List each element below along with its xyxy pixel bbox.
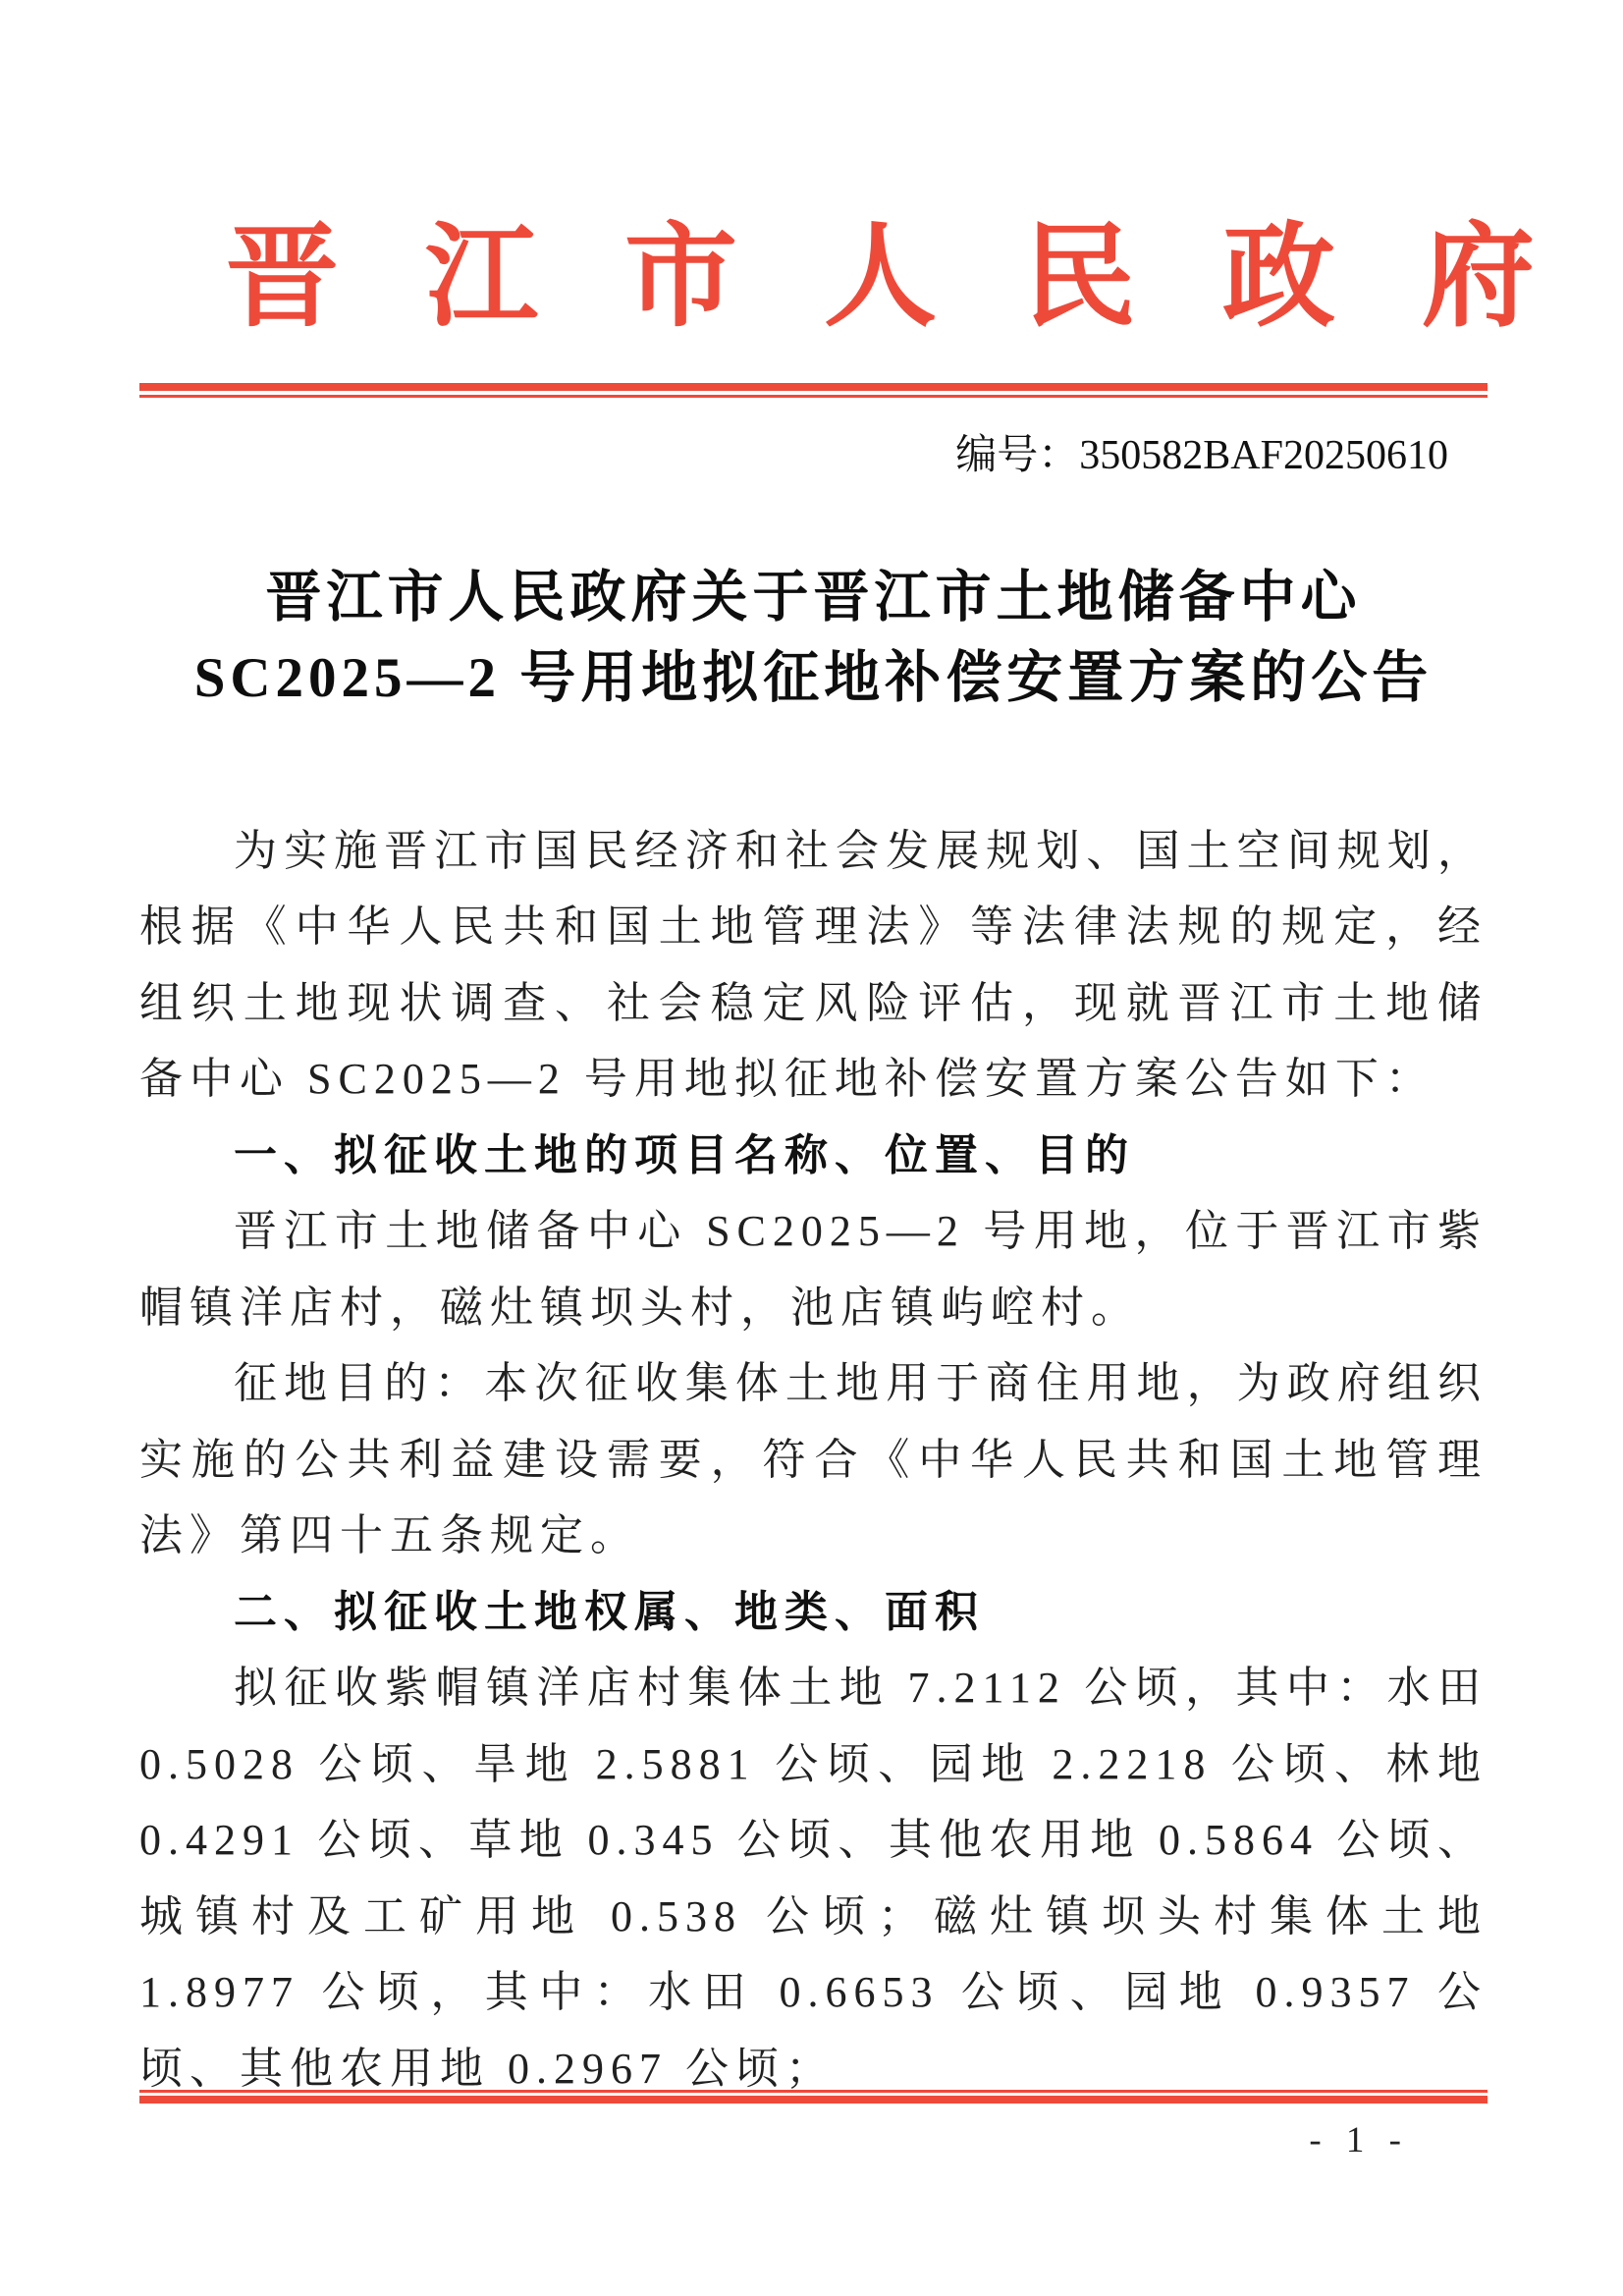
document-number-value: 350582BAF20250610 [1079, 433, 1448, 478]
paragraph-expropriation-purpose: 征地目的：本次征收集体土地用于商住用地，为政府组织实施的公共利益建设需要，符合《… [139, 1345, 1488, 1574]
document-title-line1: 晋江市人民政府关于晋江市土地储备中心 [139, 558, 1488, 638]
document-number-row: 编号：350582BAF20250610 [139, 427, 1488, 485]
document-title: 晋江市人民政府关于晋江市土地储备中心 SC2025—2 号用地拟征地补偿安置方案… [139, 558, 1488, 719]
header-divider [139, 383, 1488, 398]
document-title-line2: SC2025—2 号用地拟征地补偿安置方案的公告 [139, 638, 1488, 719]
header-divider-thin-line [139, 395, 1488, 398]
page-number: - 1 - [1309, 2119, 1409, 2161]
header-divider-thick-line [139, 383, 1488, 391]
footer-divider [139, 2090, 1488, 2104]
paragraph-land-area-details: 拟征收紫帽镇洋店村集体土地 7.2112 公顷，其中：水田 0.5028 公顷、… [139, 1650, 1488, 2106]
section-heading-2: 二、拟征收土地权属、地类、面积 [139, 1574, 1488, 1651]
document-number-label: 编号： [955, 433, 1079, 478]
footer-divider-thick-line [139, 2096, 1488, 2104]
government-header-title: 晋江市人民政府 [139, 221, 1488, 334]
document-body: 为实施晋江市国民经济和社会发展规划、国土空间规划，根据《中华人民共和国土地管理法… [139, 813, 1488, 2107]
document-page: 晋江市人民政府 编号：350582BAF20250610 晋江市人民政府关于晋江… [0, 0, 1623, 2296]
paragraph-intro: 为实施晋江市国民经济和社会发展规划、国土空间规划，根据《中华人民共和国土地管理法… [139, 813, 1488, 1118]
section-heading-1: 一、拟征收土地的项目名称、位置、目的 [139, 1118, 1488, 1194]
document-content: 晋江市人民政府 编号：350582BAF20250610 晋江市人民政府关于晋江… [139, 221, 1488, 2106]
paragraph-project-location: 晋江市土地储备中心 SC2025—2 号用地，位于晋江市紫帽镇洋店村，磁灶镇坝头… [139, 1193, 1488, 1345]
